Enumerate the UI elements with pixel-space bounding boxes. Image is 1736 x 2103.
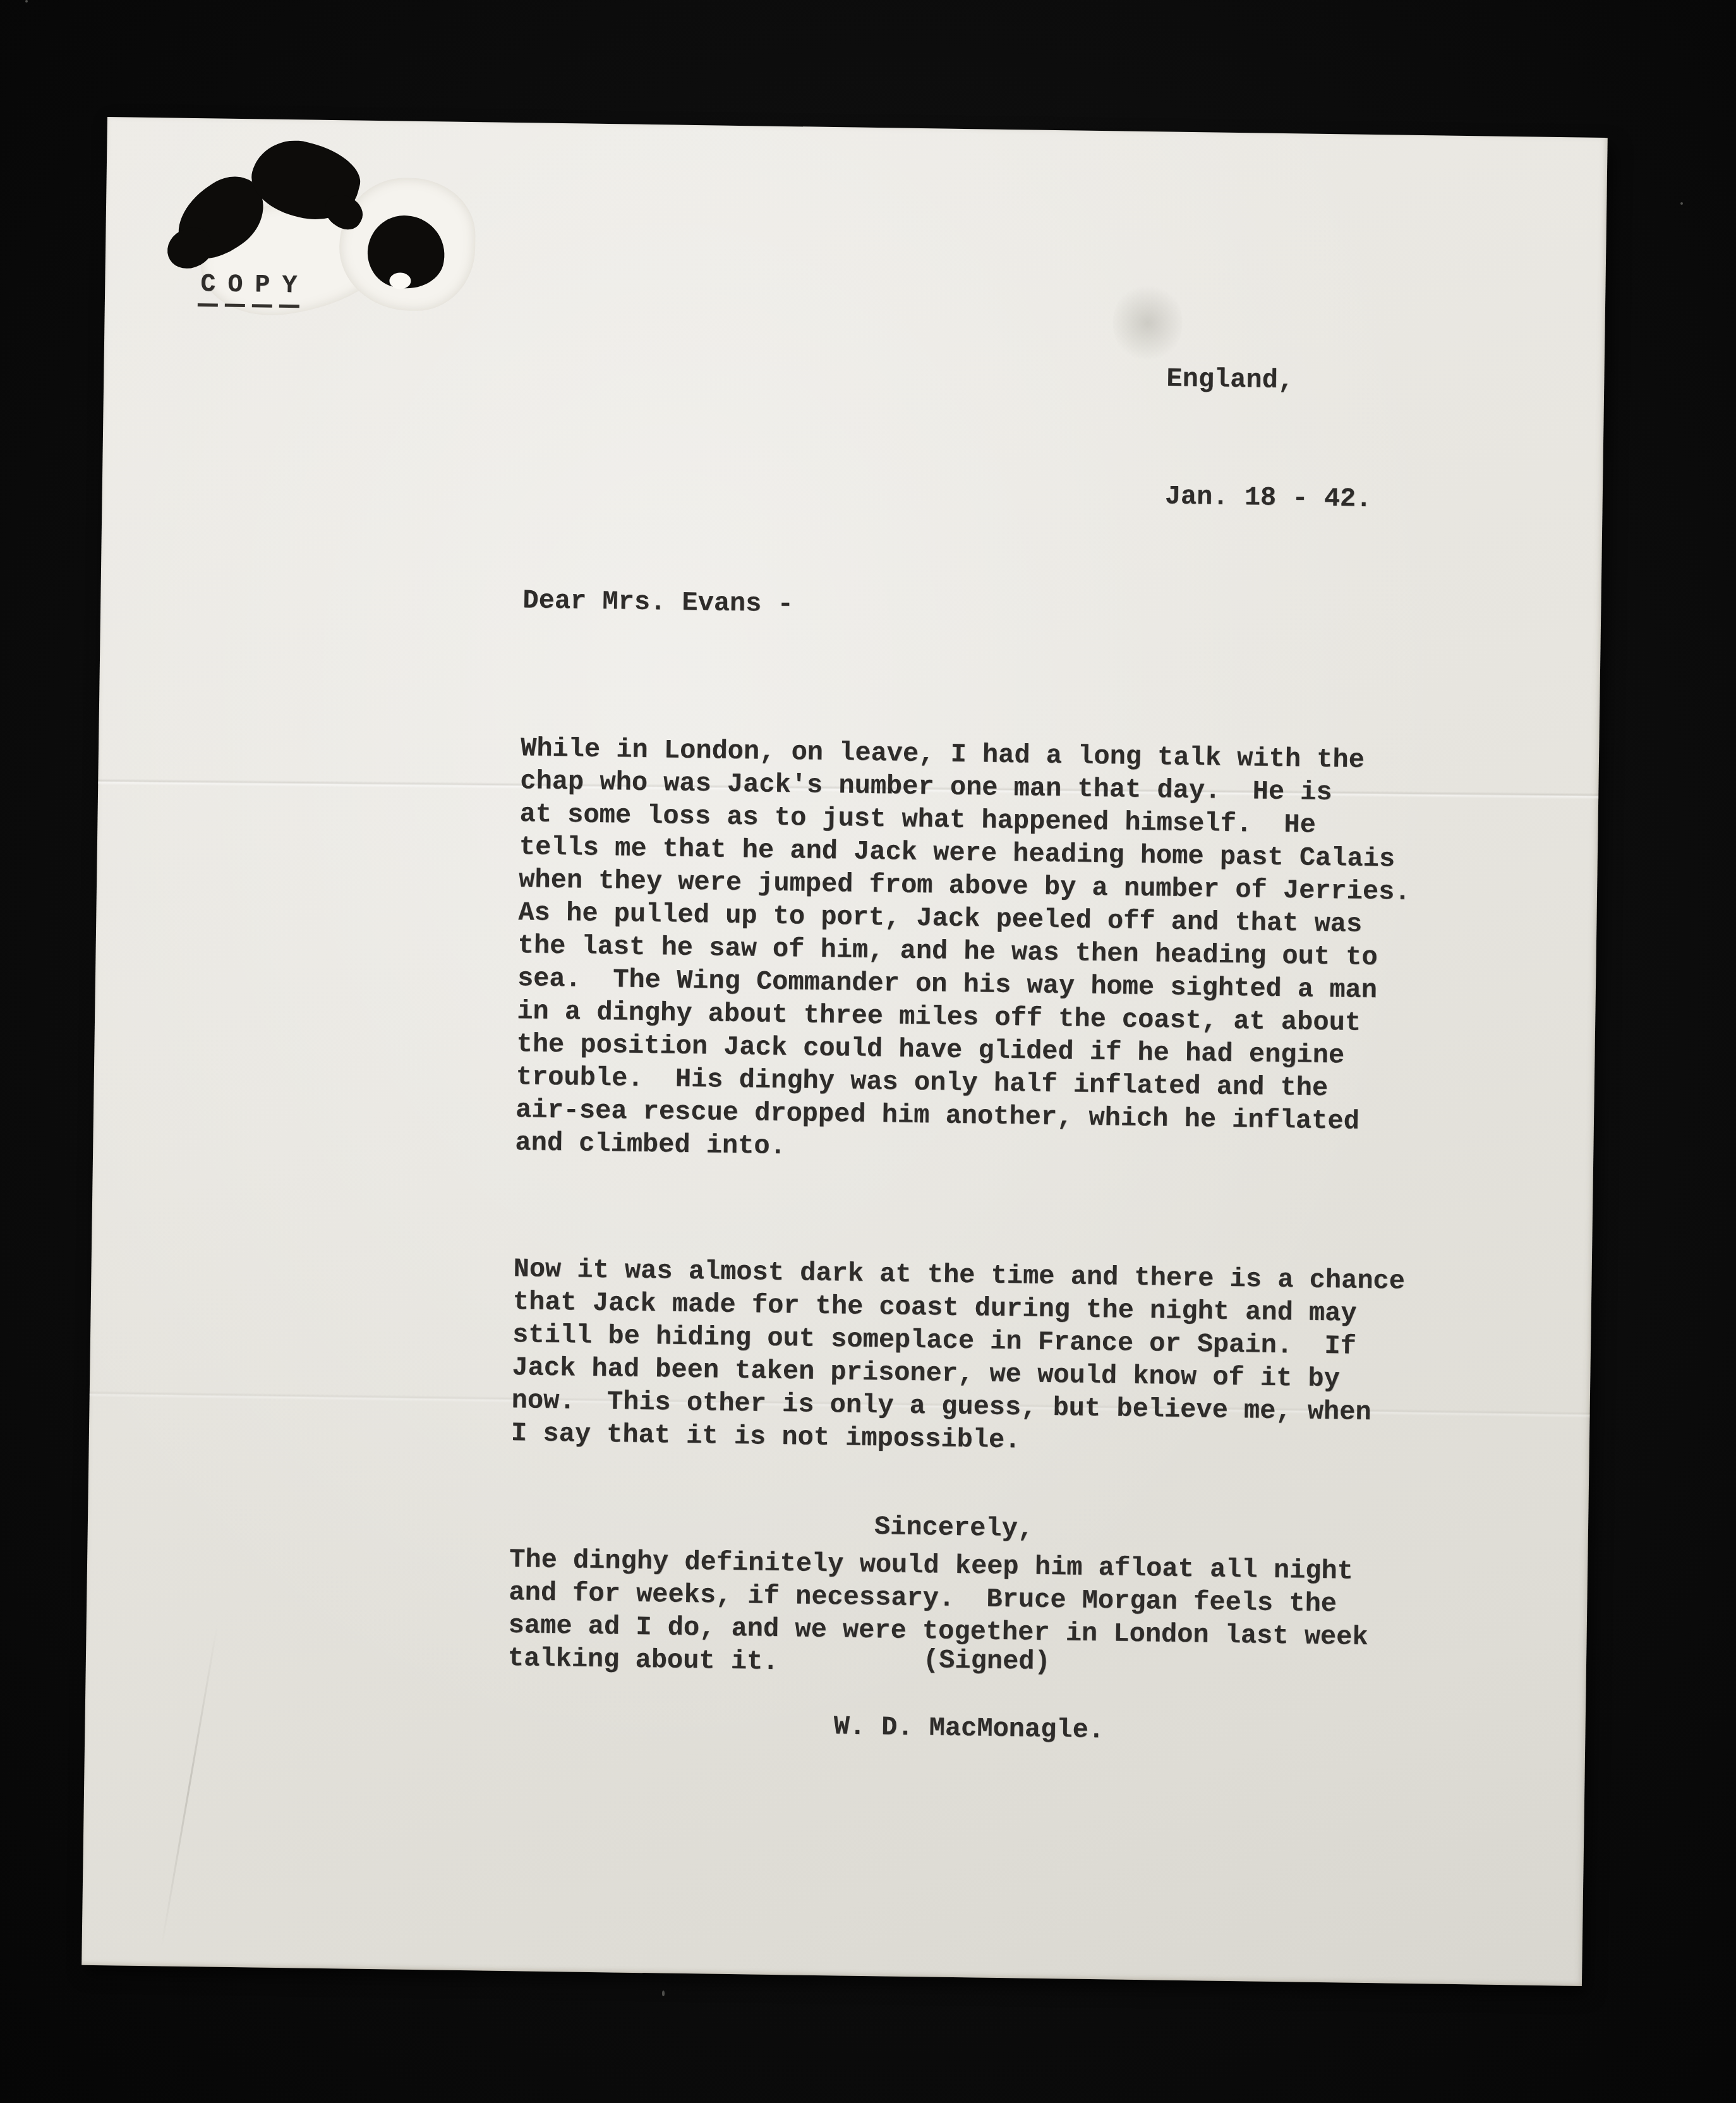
letter-paper: COPY England, Jan. 18 - 42. Dear Mrs. Ev… bbox=[81, 117, 1608, 1986]
dateline: England, Jan. 18 - 42. bbox=[1164, 281, 1375, 597]
copy-stamp: COPY bbox=[198, 269, 307, 308]
signed-note: (Signed) bbox=[923, 1644, 1051, 1678]
dateline-place: England, bbox=[1166, 359, 1373, 401]
dust-speck bbox=[1680, 202, 1683, 205]
photo-background: COPY England, Jan. 18 - 42. Dear Mrs. Ev… bbox=[0, 0, 1736, 2103]
corner-crease bbox=[160, 1625, 218, 1949]
salutation: Dear Mrs. Evans - bbox=[522, 584, 793, 621]
torn-edge bbox=[389, 272, 411, 289]
copy-stamp-letter: P bbox=[252, 269, 273, 307]
letter-body: While in London, on leave, I had a long … bbox=[507, 666, 1414, 1781]
dust-speck bbox=[25, 0, 28, 3]
copy-stamp-letter: O bbox=[225, 269, 246, 307]
paragraph-2: Now it was almost dark at the time and t… bbox=[511, 1252, 1406, 1462]
signature: W. D. MacMonagle. bbox=[833, 1710, 1104, 1747]
copy-stamp-letter: C bbox=[198, 269, 219, 306]
paragraph-1: While in London, on leave, I had a long … bbox=[515, 732, 1413, 1172]
dateline-date: Jan. 18 - 42. bbox=[1164, 476, 1371, 519]
dust-speck bbox=[662, 1991, 665, 1996]
closing: Sincerely, bbox=[874, 1510, 1034, 1546]
copy-stamp-letter: Y bbox=[279, 270, 300, 308]
